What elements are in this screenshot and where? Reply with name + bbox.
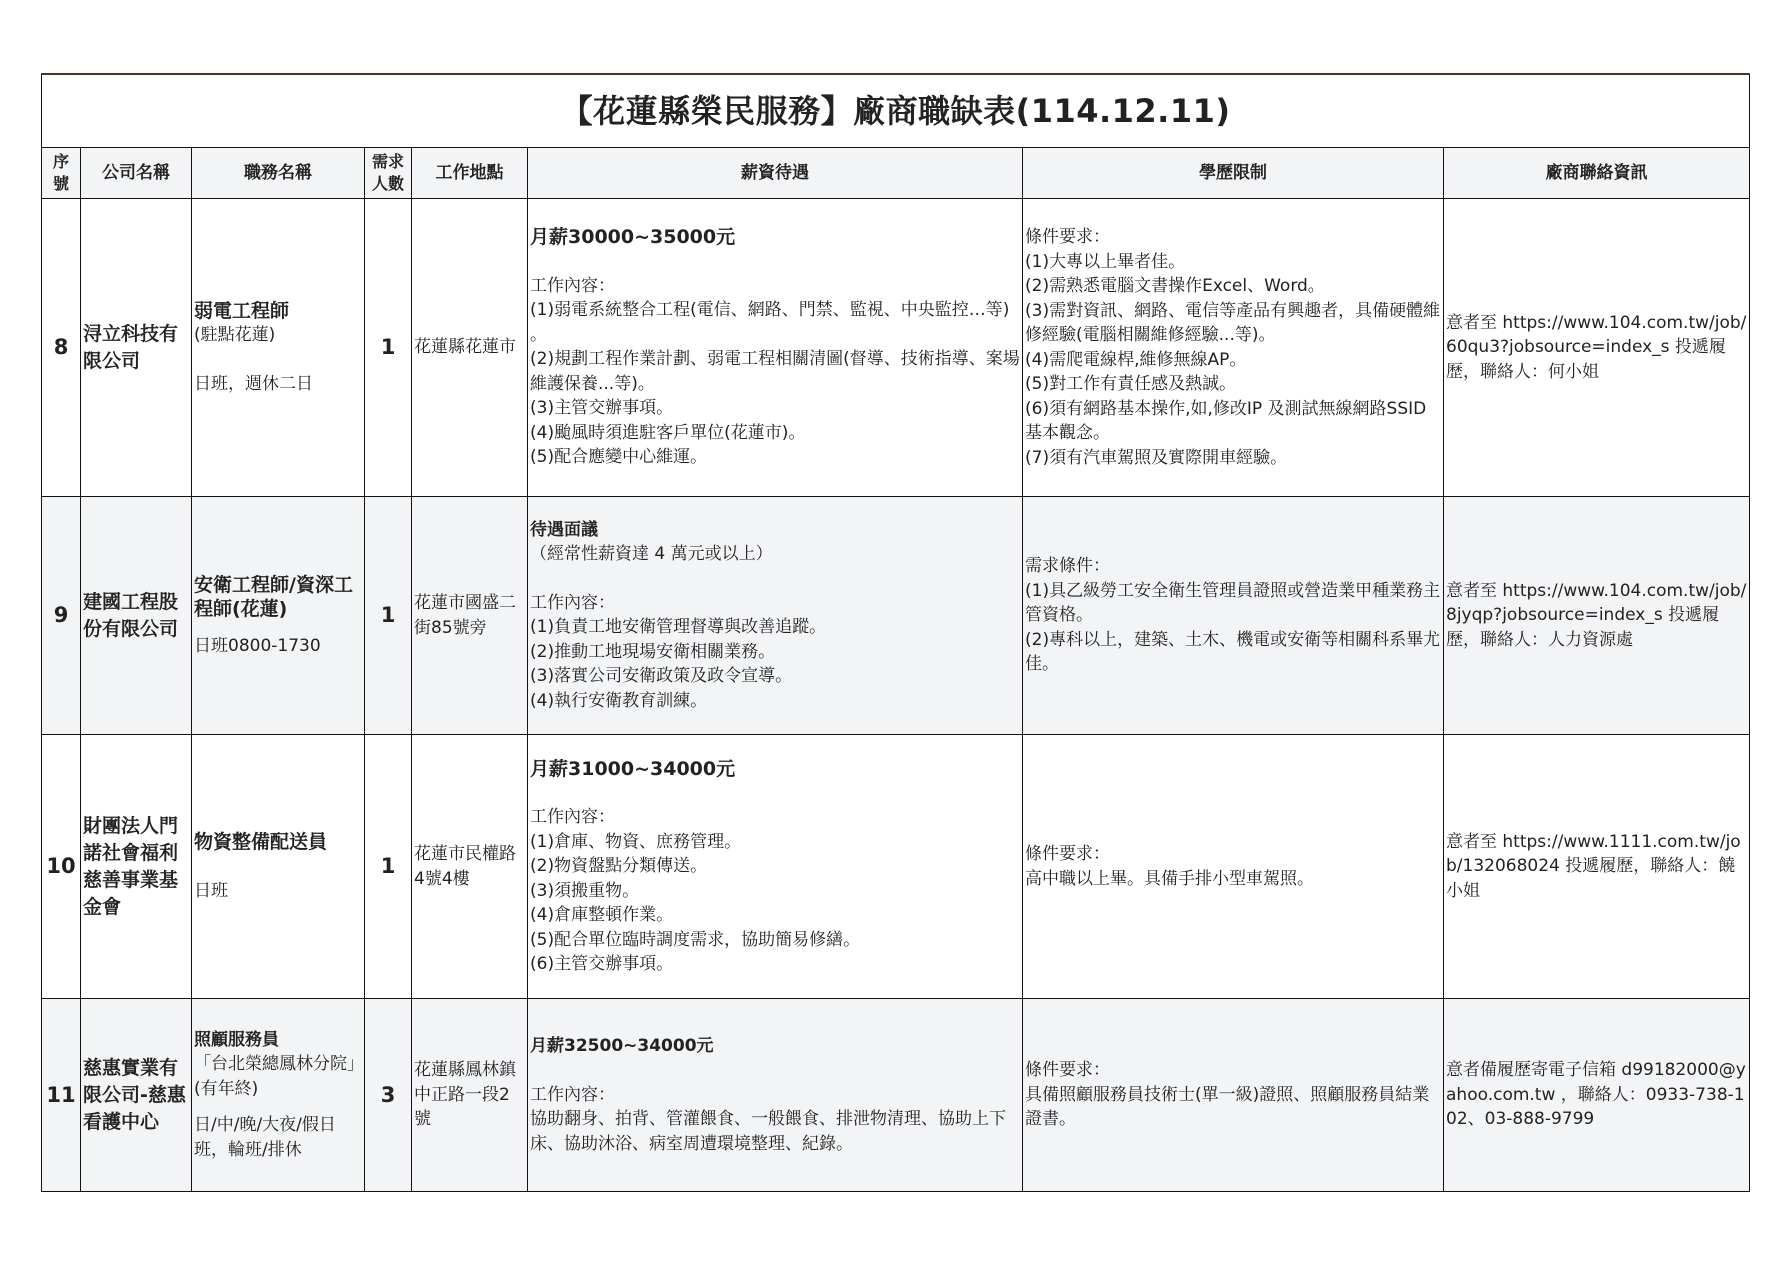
header-count: 需求 人數	[365, 148, 412, 199]
salary-cell: 月薪30000~35000元 工作內容： (1)弱電系統整合工程(電信、網路、門…	[528, 199, 1023, 497]
education-cell: 條件要求： 高中職以上畢。具備手排小型車駕照。	[1023, 735, 1444, 999]
header-seq: 序 號	[42, 148, 81, 199]
header-salary: 薪資待遇	[528, 148, 1023, 199]
contact-cell[interactable]: 意者至 https://www.104.com.tw/job/8jyqp?job…	[1444, 497, 1750, 735]
salary-cell: 月薪32500~34000元 工作內容： 協助翻身、拍背、管灌餵食、一般餵食、排…	[528, 999, 1023, 1192]
contact-cell[interactable]: 意者至 https://www.104.com.tw/job/60qu3?job…	[1444, 199, 1750, 497]
table-row: 8 浔立科技有限公司 弱電工程師 (駐點花蓮) 日班，週休二日 1 花蓮縣花蓮市…	[42, 199, 1750, 497]
company-cell: 建國工程股份有限公司	[81, 497, 192, 735]
location-cell: 花蓮縣鳳林鎮中正路一段2號	[412, 999, 528, 1192]
salary-head: 月薪31000~34000元	[530, 757, 1020, 782]
location-cell: 花蓮市國盛二街85號旁	[412, 497, 528, 735]
salary-head: 月薪30000~35000元	[530, 225, 1020, 250]
job-vacancy-sheet: 【花蓮縣榮民服務】廠商職缺表(114.12.11) 序 號 公司名稱 職務名稱 …	[41, 73, 1749, 1192]
header-company: 公司名稱	[81, 148, 192, 199]
company-cell: 慈惠實業有限公司-慈惠看護中心	[81, 999, 192, 1192]
job-title: 弱電工程師	[194, 299, 362, 324]
location-cell: 花蓮縣花蓮市	[412, 199, 528, 497]
salary-cell: 月薪31000~34000元 工作內容： (1)倉庫、物資、庶務管理。 (2)物…	[528, 735, 1023, 999]
header-contact: 廠商聯絡資訊	[1444, 148, 1750, 199]
count-cell: 1	[365, 497, 412, 735]
salary-head: 待遇面議	[530, 518, 1020, 543]
count-cell: 1	[365, 199, 412, 497]
table-row: 10 財團法人門諾社會福利慈善事業基金會 物資整備配送員 日班 1 花蓮市民權路…	[42, 735, 1750, 999]
header-location: 工作地點	[412, 148, 528, 199]
seq-cell: 11	[42, 999, 81, 1192]
header-job: 職務名稱	[192, 148, 365, 199]
table-row: 11 慈惠實業有限公司-慈惠看護中心 照顧服務員 「台北榮總鳳林分院」(有年終)…	[42, 999, 1750, 1192]
table-row: 9 建國工程股份有限公司 安衛工程師/資深工程師(花蓮) 日班0800-1730…	[42, 497, 1750, 735]
education-cell: 需求條件： (1)具乙級勞工安全衛生管理員證照或營造業甲種業務主管資格。 (2)…	[1023, 497, 1444, 735]
job-title: 物資整備配送員	[194, 830, 362, 855]
location-cell: 花蓮市民權路4號4樓	[412, 735, 528, 999]
header-education: 學歷限制	[1023, 148, 1444, 199]
education-cell: 條件要求： (1)大專以上畢者佳。 (2)需熟悉電腦文書操作Excel、Word…	[1023, 199, 1444, 497]
salary-cell: 待遇面議 （經常性薪資達 4 萬元或以上） 工作內容： (1)負責工地安衛管理督…	[528, 497, 1023, 735]
count-cell: 1	[365, 735, 412, 999]
seq-cell: 10	[42, 735, 81, 999]
job-cell: 弱電工程師 (駐點花蓮) 日班，週休二日	[192, 199, 365, 497]
contact-cell[interactable]: 意者至 https://www.1111.com.tw/job/13206802…	[1444, 735, 1750, 999]
page-title: 【花蓮縣榮民服務】廠商職缺表(114.12.11)	[42, 74, 1750, 148]
count-cell: 3	[365, 999, 412, 1192]
table-header-row: 序 號 公司名稱 職務名稱 需求 人數 工作地點 薪資待遇 學歷限制 廠商聯絡資…	[42, 148, 1750, 199]
company-cell: 財團法人門諾社會福利慈善事業基金會	[81, 735, 192, 999]
seq-cell: 8	[42, 199, 81, 497]
job-vacancy-table: 【花蓮縣榮民服務】廠商職缺表(114.12.11) 序 號 公司名稱 職務名稱 …	[41, 73, 1750, 1192]
job-cell: 照顧服務員 「台北榮總鳳林分院」(有年終) 日/中/晚/大夜/假日班，輪班/排休	[192, 999, 365, 1192]
job-cell: 安衛工程師/資深工程師(花蓮) 日班0800-1730	[192, 497, 365, 735]
job-title: 安衛工程師/資深工程師(花蓮)	[194, 573, 362, 622]
job-cell: 物資整備配送員 日班	[192, 735, 365, 999]
job-title: 照顧服務員	[194, 1028, 362, 1053]
contact-cell[interactable]: 意者備履歷寄電子信箱 d99182000@yahoo.com.tw ，聯絡人：0…	[1444, 999, 1750, 1192]
salary-head: 月薪32500~34000元	[530, 1034, 1020, 1059]
company-cell: 浔立科技有限公司	[81, 199, 192, 497]
seq-cell: 9	[42, 497, 81, 735]
education-cell: 條件要求： 具備照顧服務員技術士(單一級)證照、照顧服務員結業證書。	[1023, 999, 1444, 1192]
